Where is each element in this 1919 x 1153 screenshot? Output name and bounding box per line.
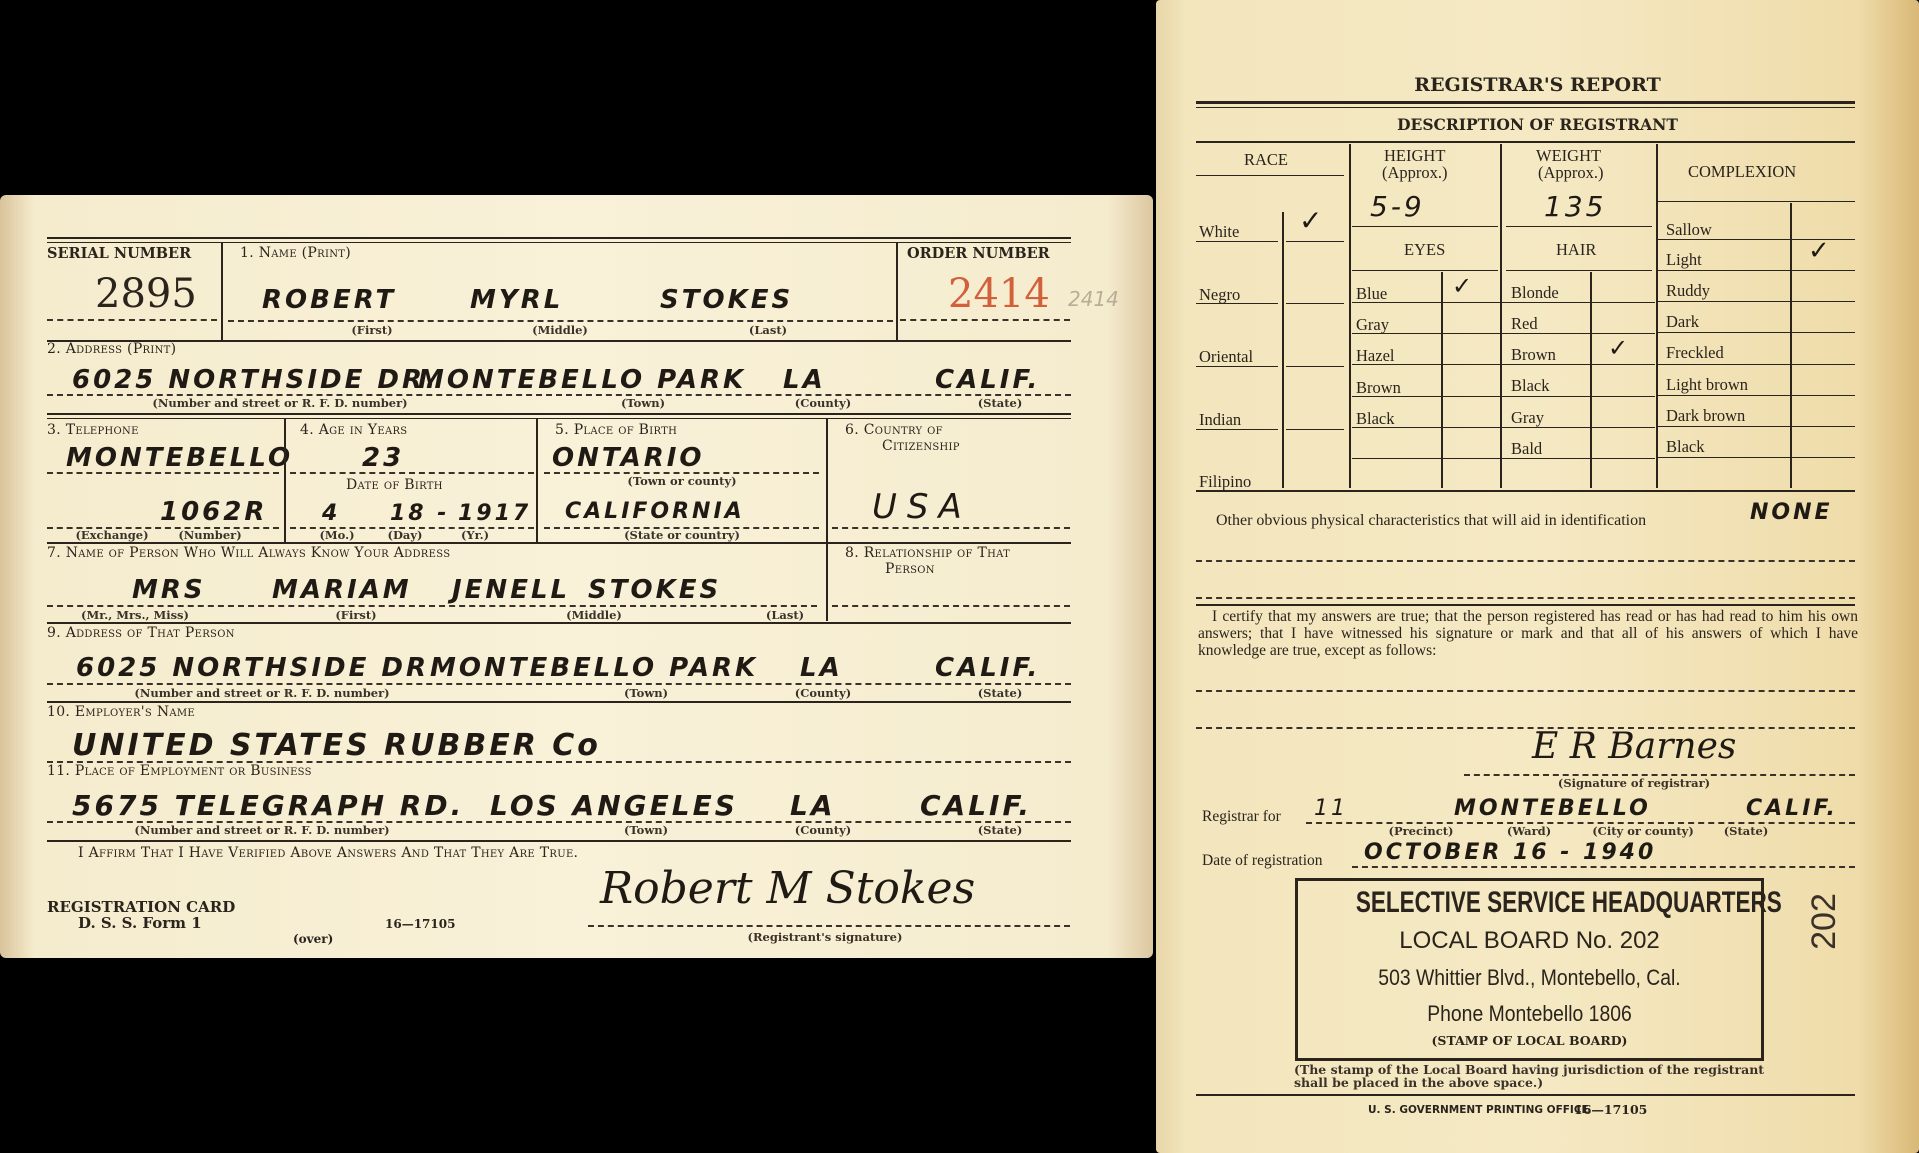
rule xyxy=(47,472,279,474)
rule xyxy=(47,319,217,321)
rule xyxy=(1658,201,1855,202)
rule xyxy=(1658,426,1855,427)
hair-option-black: Black xyxy=(1511,376,1550,396)
eye-option-black: Black xyxy=(1356,409,1395,429)
other-characteristics: NONE xyxy=(1750,500,1833,525)
citizenship: USA xyxy=(872,487,972,527)
hair-check-mark: ✓ xyxy=(1608,334,1628,362)
rule xyxy=(1196,101,1855,104)
rule xyxy=(1658,395,1855,396)
hair-header: HAIR xyxy=(1556,240,1596,260)
caption: (Number and street or R. F. D. number) xyxy=(134,686,389,700)
age: 23 xyxy=(362,443,404,473)
rule xyxy=(1658,239,1855,240)
rule xyxy=(290,472,534,474)
caption: (County) xyxy=(795,686,851,700)
employment-town: LOS ANGELES xyxy=(490,789,738,822)
caption: (Mo.) xyxy=(319,528,354,542)
rule xyxy=(1441,272,1443,488)
caption: (Signature of registrar) xyxy=(1558,776,1710,790)
dob-day: 18 - xyxy=(390,501,449,526)
serial-number-label: SERIAL NUMBER xyxy=(47,245,191,262)
hair-option-bald: Bald xyxy=(1511,439,1542,459)
rule xyxy=(536,419,538,543)
citizenship-label: 6. Country of xyxy=(845,422,943,438)
caption: (Day) xyxy=(388,528,423,542)
caption: (Registrant's signature) xyxy=(748,930,903,944)
caption: (State) xyxy=(1724,824,1769,838)
rule xyxy=(1196,429,1278,430)
telephone-label: 3. Telephone xyxy=(47,422,139,438)
rule xyxy=(1196,604,1855,606)
complexion-option-ruddy: Ruddy xyxy=(1666,281,1710,301)
complexion-header: COMPLEXION xyxy=(1688,162,1796,182)
eye-option-blue: Blue xyxy=(1356,284,1387,304)
rule xyxy=(832,605,1070,607)
rule xyxy=(1196,727,1855,729)
address-label: 2. Address (Print) xyxy=(47,341,176,357)
rule xyxy=(1658,457,1855,458)
race-option-white: White xyxy=(1199,222,1239,242)
address-county: LA xyxy=(783,365,826,395)
stamp-note: (The stamp of the Local Board having jur… xyxy=(1294,1063,1774,1089)
rule xyxy=(1658,364,1855,365)
rule xyxy=(1352,458,1655,459)
address-state: CALIF. xyxy=(935,365,1040,395)
contact-address-county: LA xyxy=(800,653,843,683)
stamp-line-2: LOCAL BOARD No. 202 xyxy=(1298,927,1761,955)
rule xyxy=(1500,144,1502,488)
place-of-birth-state: CALIFORNIA xyxy=(565,499,745,524)
rule xyxy=(284,419,286,543)
rule xyxy=(228,320,893,322)
rule xyxy=(1352,270,1498,271)
rule xyxy=(47,683,1071,685)
race-header: RACE xyxy=(1244,150,1288,170)
eyes-check-mark: ✓ xyxy=(1452,272,1472,300)
rule xyxy=(47,605,817,607)
employment-place-label: 11. Place of Employment or Business xyxy=(47,763,312,779)
employment-county: LA xyxy=(790,789,836,822)
relationship-label: Person xyxy=(885,561,935,577)
registrar-state: CALIF. xyxy=(1746,796,1838,821)
height-approx: (Approx.) xyxy=(1382,163,1448,183)
rule xyxy=(1282,212,1284,488)
caption: (County) xyxy=(795,396,851,410)
rule xyxy=(1286,303,1344,304)
place-of-birth-town: ONTARIO xyxy=(552,443,705,473)
description-subtitle: DESCRIPTION OF REGISTRANT xyxy=(1156,115,1919,134)
race-option-indian: Indian xyxy=(1199,410,1241,430)
dob-label: Date of Birth xyxy=(346,477,443,493)
contact-address-state: CALIF. xyxy=(935,653,1040,683)
rule xyxy=(1286,241,1344,242)
caption: (Number and street or R. F. D. number) xyxy=(134,823,389,837)
rule xyxy=(47,542,1071,544)
contact-title: MRS xyxy=(132,575,206,605)
back-print-code: 16—17105 xyxy=(1574,1102,1647,1117)
registrars-report-back: REGISTRAR'S REPORT DESCRIPTION OF REGIST… xyxy=(1156,0,1919,1153)
rule xyxy=(47,622,1071,624)
local-board-stamp: SELECTIVE SERVICE HEADQUARTERS LOCAL BOA… xyxy=(1295,878,1764,1061)
caption: (County) xyxy=(795,823,851,837)
over-note: (over) xyxy=(293,932,333,946)
form-id: D. S. S. Form 1 xyxy=(78,914,202,932)
registrar-precinct: 11 xyxy=(1314,796,1348,821)
weight-approx: (Approx.) xyxy=(1538,163,1604,183)
hair-option-red: Red xyxy=(1511,314,1538,334)
rule xyxy=(221,243,223,341)
height-value: 5-9 xyxy=(1370,190,1425,223)
rule xyxy=(47,840,1071,842)
name-last: STOKES xyxy=(660,285,793,315)
stamp-line-3: 503 Whittier Blvd., Montebello, Cal. xyxy=(1326,965,1733,991)
caption: (Town) xyxy=(624,686,668,700)
name-first: ROBERT xyxy=(262,285,396,315)
relationship-label: 8. Relationship of That xyxy=(845,545,1010,561)
rule xyxy=(47,237,1071,239)
caption: (City or county) xyxy=(1592,824,1694,838)
rule xyxy=(1352,302,1655,303)
rule xyxy=(1196,141,1855,143)
rule xyxy=(1196,490,1855,492)
rule xyxy=(1196,241,1278,242)
registration-date: OCTOBER 16 - 1940 xyxy=(1364,840,1656,865)
rule xyxy=(826,543,828,621)
registrar-for-label: Registrar for xyxy=(1202,808,1281,826)
caption: (Town) xyxy=(621,396,665,410)
dob-year: 1917 xyxy=(458,501,531,526)
rule xyxy=(47,242,1071,243)
caption: (Yr.) xyxy=(461,528,489,542)
contact-last: STOKES xyxy=(588,575,721,605)
rule xyxy=(47,701,1071,703)
contact-address-label: 9. Address of That Person xyxy=(47,625,235,641)
complexion-option-dark: Dark xyxy=(1666,312,1699,332)
order-number-margin-note: 2414 xyxy=(1068,287,1119,311)
rule xyxy=(1656,144,1658,488)
caption: (Precinct) xyxy=(1389,824,1454,838)
caption: (Number) xyxy=(178,528,241,542)
complexion-option-light-brown: Light brown xyxy=(1666,375,1748,395)
eyes-header: EYES xyxy=(1404,240,1445,260)
rule xyxy=(1352,427,1655,428)
rule xyxy=(1196,597,1855,599)
order-number: 2414 xyxy=(948,271,1050,317)
employer: UNITED STATES RUBBER Co xyxy=(72,728,601,763)
place-of-birth-label: 5. Place of Birth xyxy=(555,422,677,438)
caption: (Number and street or R. F. D. number) xyxy=(152,396,407,410)
caption: (Last) xyxy=(766,608,804,622)
complexion-option-light: Light xyxy=(1666,250,1702,270)
registration-card-front: SERIAL NUMBER 2895 1. Name (Print) ROBER… xyxy=(0,195,1153,958)
employment-state: CALIF. xyxy=(920,789,1032,822)
telephone-exchange: MONTEBELLO xyxy=(66,443,293,473)
rule xyxy=(1658,301,1855,302)
registrant-signature: Robert M Stokes xyxy=(600,863,975,914)
contact-address-town: MONTEBELLO PARK xyxy=(430,653,758,683)
caption: (State or country) xyxy=(624,528,740,542)
registrar-city: MONTEBELLO xyxy=(1454,796,1651,821)
race-check-mark: ✓ xyxy=(1299,204,1322,237)
caption: (State) xyxy=(978,686,1023,700)
telephone-number: 1062R xyxy=(160,497,267,527)
caption: (State) xyxy=(978,823,1023,837)
caption: (Exchange) xyxy=(75,528,148,542)
rule xyxy=(832,527,1070,529)
certification-text: I certify that my answers are true; that… xyxy=(1198,608,1858,659)
complexion-option-sallow: Sallow xyxy=(1666,220,1712,240)
race-option-negro: Negro xyxy=(1199,285,1240,305)
employment-street: 5675 TELEGRAPH RD. xyxy=(72,789,464,822)
date-label: Date of registration xyxy=(1202,852,1323,870)
address-street: 6025 NORTHSIDE DR. xyxy=(72,365,438,395)
rule xyxy=(588,925,1070,927)
rule xyxy=(1286,366,1344,367)
order-number-label: ORDER NUMBER xyxy=(907,245,1050,262)
stamp-line-1: SELECTIVE SERVICE HEADQUARTERS xyxy=(1356,886,1703,920)
address-town: MONTEBELLO PARK xyxy=(418,365,746,395)
print-code: 16—17105 xyxy=(385,917,455,931)
serial-number: 2895 xyxy=(95,271,197,317)
hair-option-brown: Brown xyxy=(1511,345,1556,365)
rule xyxy=(1506,226,1652,227)
affirmation: I Affirm That I Have Verified Above Answ… xyxy=(78,845,578,861)
race-option-filipino: Filipino xyxy=(1199,472,1251,492)
rule xyxy=(1286,429,1344,430)
rule xyxy=(1196,175,1344,176)
employer-label: 10. Employer's Name xyxy=(47,704,195,720)
complexion-option-dark-brown: Dark brown xyxy=(1666,406,1745,426)
caption: (Middle) xyxy=(532,323,588,337)
age-label: 4. Age in Years xyxy=(300,422,407,438)
rule xyxy=(1658,332,1855,333)
stamp-side-number: 202 xyxy=(1805,893,1844,950)
eye-option-brown: Brown xyxy=(1356,378,1401,398)
rule xyxy=(1352,226,1498,227)
rule xyxy=(47,340,1071,342)
name-middle: MYRL xyxy=(470,285,563,315)
rule xyxy=(47,418,1071,419)
rule xyxy=(900,319,1070,321)
rule xyxy=(1352,364,1655,365)
eye-option-gray: Gray xyxy=(1356,315,1389,335)
complexion-check-mark: ✓ xyxy=(1808,236,1830,266)
rule xyxy=(1790,203,1792,488)
caption: (State) xyxy=(978,396,1023,410)
caption: (Last) xyxy=(749,323,787,337)
name-label: 1. Name (Print) xyxy=(240,245,351,261)
eye-option-hazel: Hazel xyxy=(1356,346,1394,366)
rule xyxy=(1196,560,1855,562)
registrar-signature: E R Barnes xyxy=(1532,726,1736,767)
rule xyxy=(1352,866,1855,868)
rule xyxy=(1352,333,1655,334)
caption: (First) xyxy=(351,323,392,337)
rule xyxy=(1196,1094,1855,1096)
dob-month: 4 xyxy=(322,501,340,526)
citizenship-label: Citizenship xyxy=(882,438,960,454)
rule xyxy=(896,243,898,341)
hair-option-gray: Gray xyxy=(1511,408,1544,428)
contact-address-street: 6025 NORTHSIDE DR. xyxy=(76,653,442,683)
rule xyxy=(1349,144,1351,488)
contact-first: MARIAM xyxy=(272,575,412,605)
caption: (Ward) xyxy=(1507,824,1551,838)
rule xyxy=(1196,366,1278,367)
contact-label: 7. Name of Person Who Will Always Know Y… xyxy=(47,545,450,561)
rule xyxy=(47,413,1071,415)
other-characteristics-label: Other obvious physical characteristics t… xyxy=(1216,512,1646,530)
caption: (Mr., Mrs., Miss) xyxy=(81,608,189,622)
printer-label: U. S. GOVERNMENT PRINTING OFFICE xyxy=(1368,1104,1589,1116)
caption: (First) xyxy=(335,608,376,622)
rule xyxy=(1590,272,1592,488)
rule xyxy=(826,419,828,543)
rule xyxy=(1196,107,1855,108)
caption: (Town or county) xyxy=(627,474,736,488)
race-option-oriental: Oriental xyxy=(1199,347,1253,367)
weight-value: 135 xyxy=(1544,190,1606,223)
complexion-option-freckled: Freckled xyxy=(1666,343,1724,363)
rule xyxy=(1352,396,1655,397)
caption: (Town) xyxy=(624,823,668,837)
stamp-line-4: Phone Montebello 1806 xyxy=(1326,1001,1733,1027)
report-title: REGISTRAR'S REPORT xyxy=(1156,74,1919,96)
rule xyxy=(1506,270,1652,271)
caption: (Middle) xyxy=(566,608,622,622)
hair-option-blonde: Blonde xyxy=(1511,283,1559,303)
rule xyxy=(1196,690,1855,692)
rule xyxy=(1658,270,1855,271)
rule xyxy=(1196,303,1278,304)
contact-middle: JENELL xyxy=(452,575,570,605)
stamp-caption: (STAMP OF LOCAL BOARD) xyxy=(1298,1033,1761,1048)
complexion-option-black: Black xyxy=(1666,437,1705,457)
